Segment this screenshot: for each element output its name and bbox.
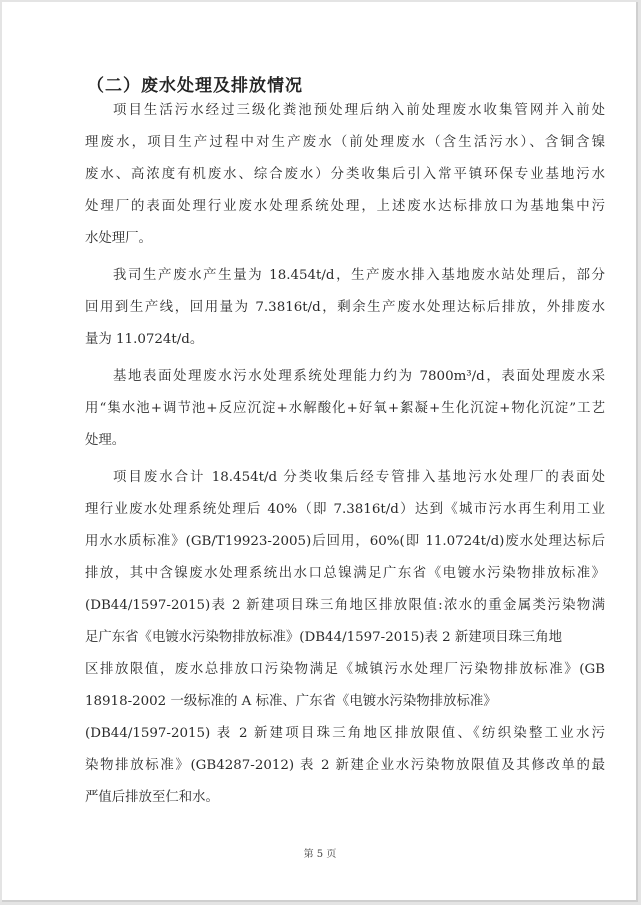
text-line: 区排放限值，废水总排放口污染物满足《城镇污水处理厂污染物排放标准》(GB xyxy=(85,661,605,679)
text-line: 项目生活污水经过三级化粪池预处理后纳入前处理废水收集管网并入前处 xyxy=(113,102,605,120)
text-line: 项目废水合计 18.454t/d 分类收集后经专管排入基地污水处理厂的表面处 xyxy=(113,469,605,487)
text-line: 我司生产废水产生量为 18.454t/d，生产废水排入基地废水站处理后，部分 xyxy=(113,267,605,285)
text-line: 基地表面处理废水污水处理系统处理能力约为 7800m³/d，表面处理废水采 xyxy=(113,368,605,386)
text-line: 理行业废水处理系统处理后 40%（即 7.3816t/d）达到《城市污水再生利用… xyxy=(85,501,605,519)
text-line: 量为 11.0724t/d。 xyxy=(85,331,605,349)
text-line: 用水水质标准》(GB/T19923-2005)后回用，60%(即 11.0724… xyxy=(85,533,605,551)
text-line: 水处理厂。 xyxy=(85,230,605,248)
text-line: 用“集水池+调节池+反应沉淀+水解酸化+好氧+絮凝+生化沉淀+物化沉淀”工艺 xyxy=(85,400,605,418)
text-line: 理废水，项目生产过程中对生产废水（前处理废水（含生活污水）、含铜含镍 xyxy=(85,134,605,152)
text-line: 处理。 xyxy=(85,432,605,450)
text-line: (DB44/1597-2015) 表 2 新建项目珠三角地区排放限值、《纺织染整… xyxy=(85,725,605,743)
text-line: 严值后排放至仁和水。 xyxy=(85,789,605,807)
document-page: （二）废水处理及排放情况 项目生活污水经过三级化粪池预处理后纳入前处理废水收集管… xyxy=(2,2,638,902)
text-line: (DB44/1597-2015)表 2 新建项目珠三角地区排放限值:浓水的重金属… xyxy=(85,597,605,615)
page-number: 第 5 页 xyxy=(2,845,638,860)
section-heading: （二）废水处理及排放情况 xyxy=(87,71,303,96)
text-line: 回用到生产线，回用量为 7.3816t/d，剩余生产废水处理达标后排放，外排废水 xyxy=(85,299,605,317)
text-line: 废水、高浓度有机废水、综合废水）分类收集后引入常平镇环保专业基地污水 xyxy=(85,166,605,184)
text-line: 足广东省《电镀水污染物排放标准》(DB44/1597-2015)表 2 新建项目… xyxy=(85,629,605,647)
text-line: 18918-2002 一级标准的 A 标准、广东省《电镀水污染物排放标准》 xyxy=(85,693,605,711)
text-line: 处理厂的表面处理行业废水处理系统处理，上述废水达标排放口为基地集中污 xyxy=(85,198,605,216)
text-line: 染物排放标准》(GB4287-2012) 表 2 新建企业水污染物放限值及其修改… xyxy=(85,757,605,775)
text-line: 排放，其中含镍废水处理系统出水口总镍满足广东省《电镀水污染物排放标准》 xyxy=(85,565,605,583)
